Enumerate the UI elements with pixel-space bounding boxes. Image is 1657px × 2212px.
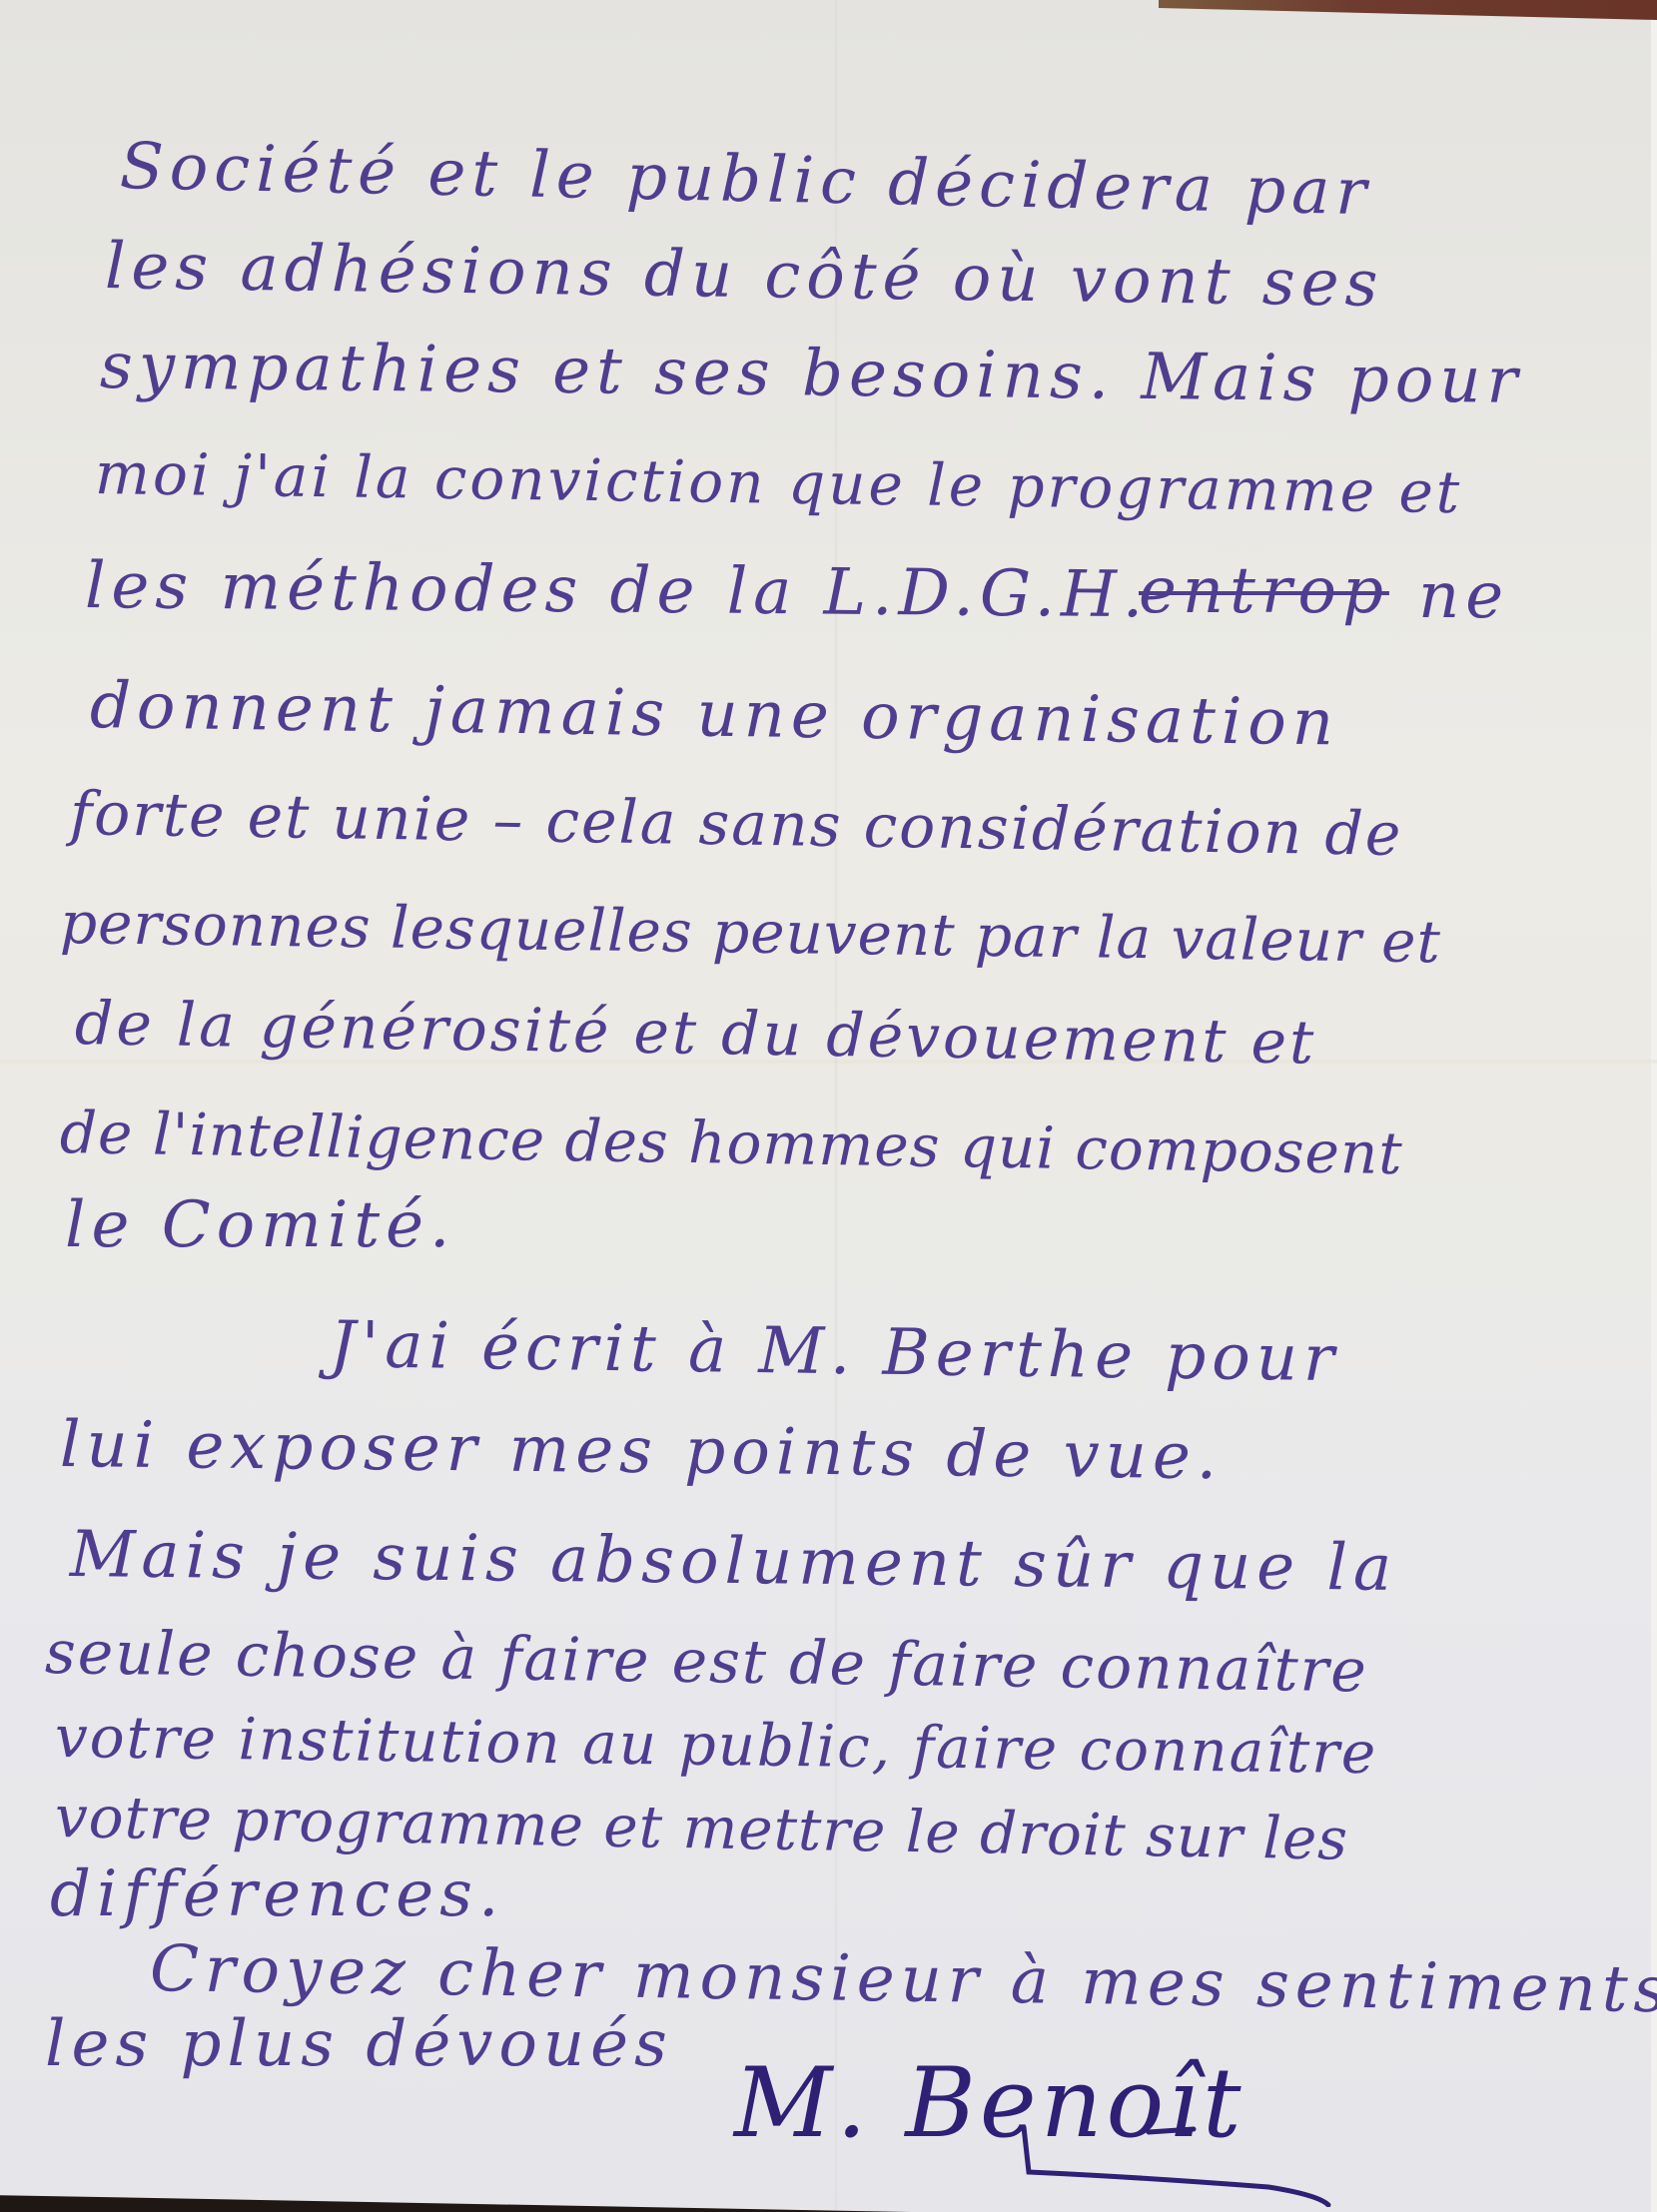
- letter-line-12: J'ai écrit à M. Berthe pour: [329, 1308, 1340, 1396]
- letter-line-11: le Comité.: [65, 1188, 455, 1262]
- letter-line-18: différences.: [50, 1857, 504, 1931]
- signature-flourish-icon: [1019, 2117, 1338, 2207]
- letter-line-14: Mais je suis absolument sûr que la: [70, 1518, 1398, 1606]
- letter-line-3: sympathies et ses besoins. Mais pour: [100, 330, 1524, 418]
- letter-line-13: lui exposer mes points de vue.: [60, 1408, 1224, 1494]
- paper-right-edge: [1651, 20, 1657, 2212]
- letter-line-5: les méthodes de la L.D.G.H.: [85, 549, 1150, 632]
- struck-out-word: entrop: [1139, 554, 1389, 628]
- letter-line-5-end: ne: [1418, 559, 1509, 633]
- paper-vertical-fold: [834, 0, 838, 2212]
- letter-closing-line-2: les plus dévoués: [45, 2007, 673, 2081]
